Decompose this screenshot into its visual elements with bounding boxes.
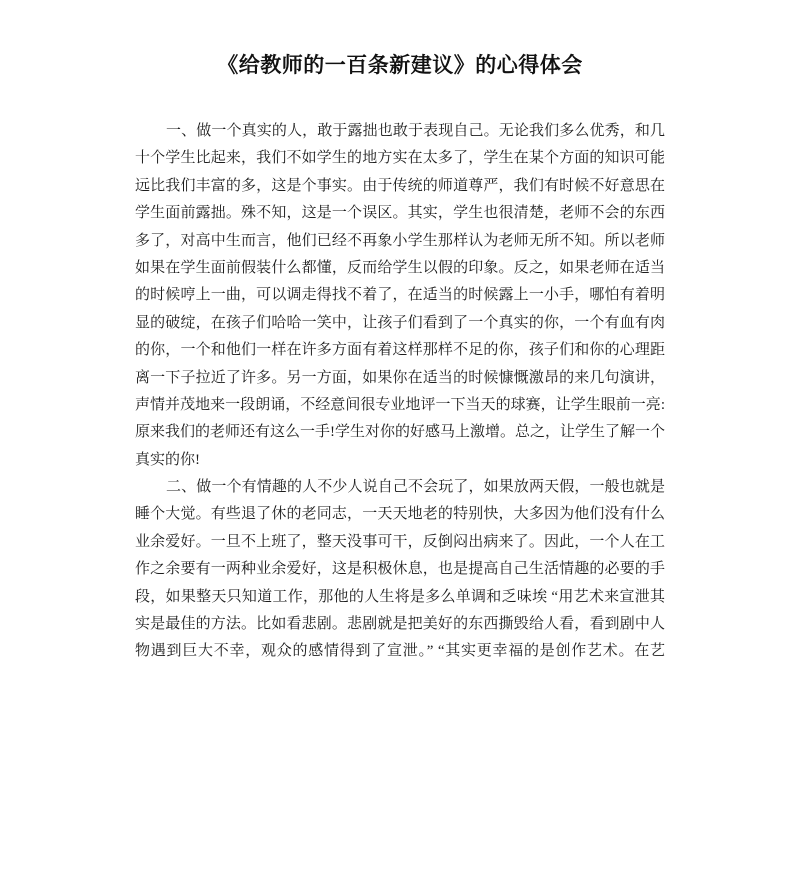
paragraph-1: 一、做一个真实的人，敢于露拙也敢于表现自己。无论我们多么优秀，和几 十个学生比起… — [135, 118, 665, 474]
text-line: 作之余要有一两种业余爱好，这是积极休息，也是提高自己生活情趣的必要的手 — [135, 556, 665, 583]
document-title: 《给教师的一百条新建议》的心得体会 — [0, 50, 800, 80]
text-line: 如果在学生面前假装什么都懂，反而给学生以假的印象。反之，如果老师在适当 — [135, 255, 665, 282]
text-line: 显的破绽，在孩子们哈哈一笑中，让孩子们看到了一个真实的你，一个有血有肉 — [135, 310, 665, 337]
text-line: 段，如果整天只知道工作，那他的人生将是多么单调和乏味埃 “用艺术来宣泄其 — [135, 584, 665, 611]
text-line: 的你，一个和他们一样在许多方面有着这样那样不足的你，孩子们和你的心理距 — [135, 337, 665, 364]
text-line: 实是最佳的方法。比如看悲剧。悲剧就是把美好的东西撕毁给人看，看到剧中人 — [135, 611, 665, 638]
text-line: 物遇到巨大不幸，观众的感情得到了宣泄。” “其实更幸福的是创作艺术。在艺 — [135, 638, 665, 665]
text-line: 睡个大觉。有些退了休的老同志，一天天地老的特别快，大多因为他们没有什么 — [135, 501, 665, 528]
document-body: 一、做一个真实的人，敢于露拙也敢于表现自己。无论我们多么优秀，和几 十个学生比起… — [135, 118, 665, 666]
text-line: 原来我们的老师还有这么一手!学生对你的好感马上激增。总之，让学生了解一个 — [135, 419, 665, 446]
text-line: 二、做一个有情趣的人不少人说自己不会玩了，如果放两天假，一般也就是 — [135, 474, 665, 501]
text-line: 学生面前露拙。殊不知，这是一个误区。其实，学生也很清楚，老师不会的东西 — [135, 200, 665, 227]
text-line: 多了，对高中生而言，他们已经不再象小学生那样认为老师无所不知。所以老师 — [135, 228, 665, 255]
text-line: 的时候哼上一曲，可以调走得找不着了，在适当的时候露上一小手，哪怕有着明 — [135, 282, 665, 309]
text-line: 离一下子拉近了许多。另一方面，如果你在适当的时候慷慨激昂的来几句演讲， — [135, 365, 665, 392]
text-line: 远比我们丰富的多，这是个事实。由于传统的师道尊严，我们有时候不好意思在 — [135, 173, 665, 200]
text-line: 真实的你! — [135, 447, 665, 474]
paragraph-2: 二、做一个有情趣的人不少人说自己不会玩了，如果放两天假，一般也就是 睡个大觉。有… — [135, 474, 665, 666]
text-line: 十个学生比起来，我们不如学生的地方实在太多了，学生在某个方面的知识可能 — [135, 145, 665, 172]
text-line: 声情并茂地来一段朗诵，不经意间很专业地评一下当天的球赛，让学生眼前一亮: — [135, 392, 665, 419]
text-line: 一、做一个真实的人，敢于露拙也敢于表现自己。无论我们多么优秀，和几 — [135, 118, 665, 145]
text-line: 业余爱好。一旦不上班了，整天没事可干，反倒闷出病来了。因此，一个人在工 — [135, 529, 665, 556]
document-page: 《给教师的一百条新建议》的心得体会 一、做一个真实的人，敢于露拙也敢于表现自己。… — [0, 0, 800, 877]
